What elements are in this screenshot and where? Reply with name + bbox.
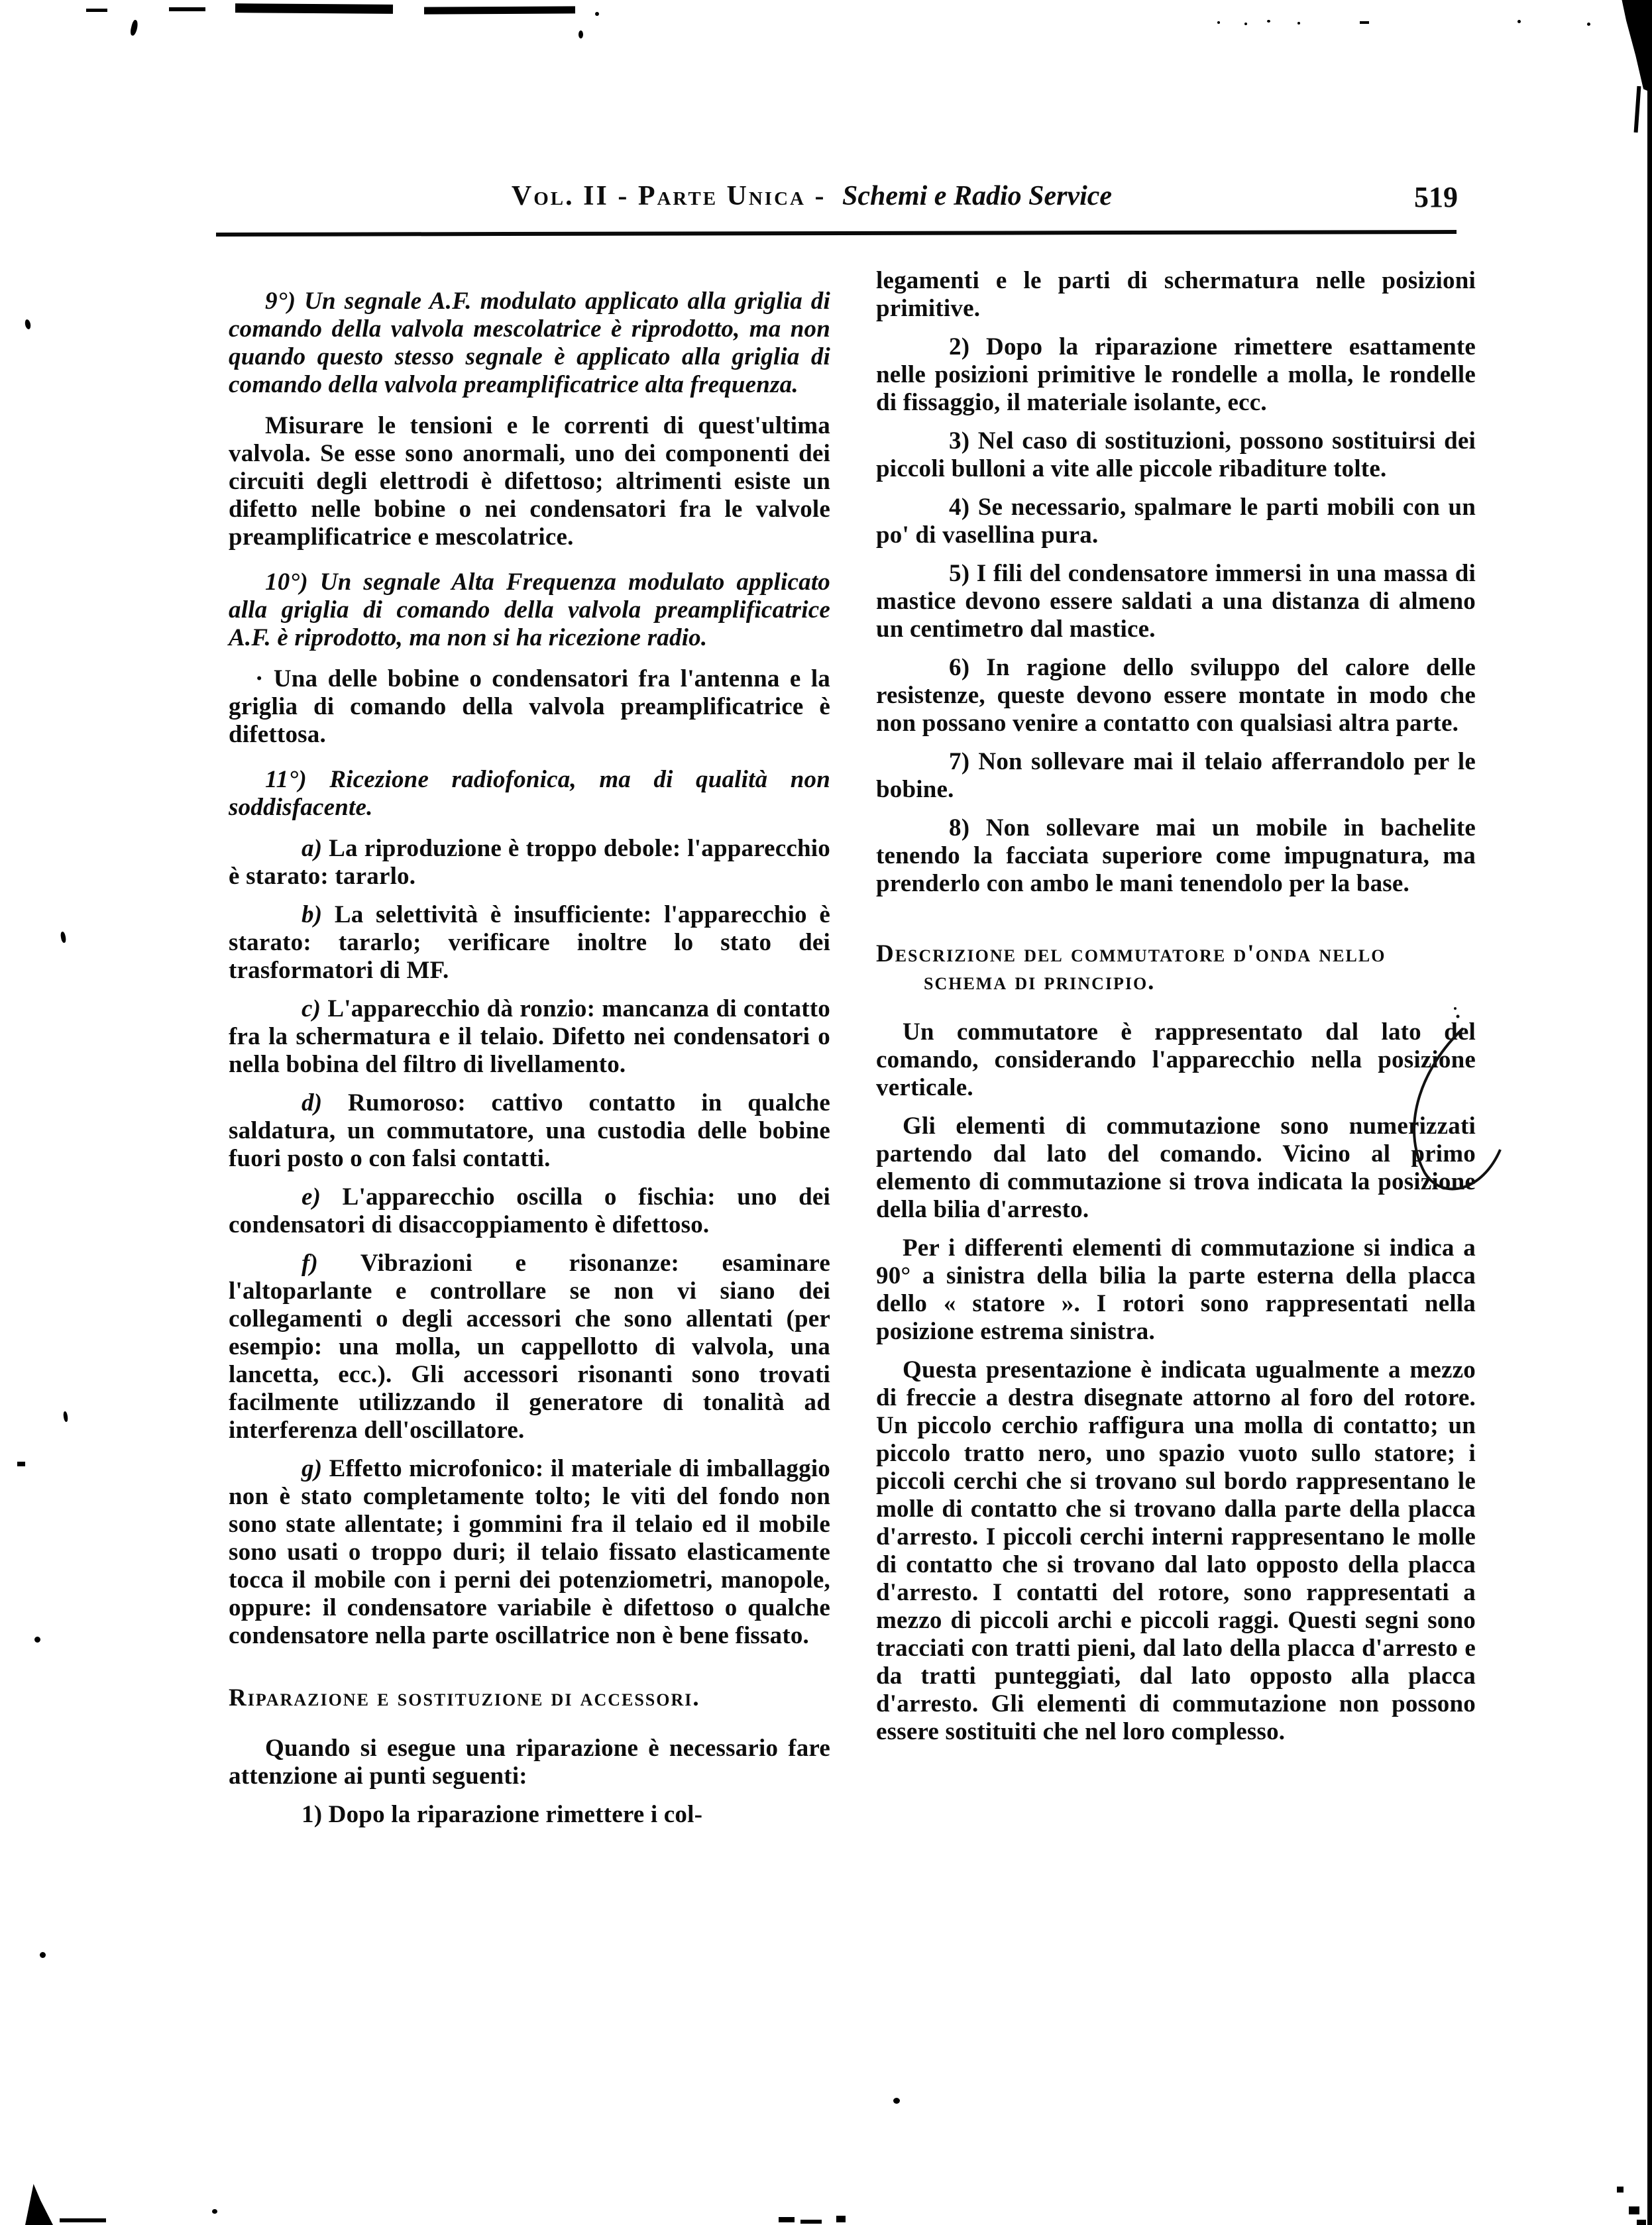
list-item-7: 7) Non sollevare mai il telaio afferrand…: [876, 748, 1476, 804]
scan-speck: [1629, 2206, 1639, 2214]
scan-speck: [17, 1462, 25, 1466]
paragraph-10: 10°) Un segnale Alta Frequenza modulato …: [229, 569, 830, 652]
scan-speck: [1244, 23, 1247, 25]
item-letter: g): [302, 1455, 322, 1482]
paragraph: Misurare le tensioni e le correnti di qu…: [229, 412, 830, 551]
item-letter: f): [302, 1250, 318, 1277]
scan-speck: [1617, 2187, 1624, 2193]
scan-speck: [800, 2220, 822, 2224]
list-item-8: 8) Non sollevare mai un mobile in bachel…: [876, 814, 1476, 898]
header-volume-part: Vol. II - Parte Unica -: [512, 181, 826, 211]
item-letter: c): [302, 995, 321, 1022]
paragraph: Questa presentazione è indicata ugualmen…: [876, 1356, 1476, 1746]
scan-speck: [1217, 21, 1220, 24]
paragraph-9: 9°) Un segnale A.F. modulato applicato a…: [229, 288, 830, 399]
scan-speck: [1360, 21, 1369, 24]
column-left: 9°) Un segnale A.F. modulato applicato a…: [229, 270, 830, 1839]
scan-speck: [60, 2218, 106, 2222]
scan-speck: [836, 2216, 846, 2222]
list-item-b: b) La selettività è insufficiente: l'app…: [229, 901, 830, 985]
list-item-c: c) L'apparecchio dà ronzio: mancanza di …: [229, 995, 830, 1079]
page-number: 519: [1339, 180, 1458, 214]
scan-streak: [235, 3, 393, 14]
scan-speck: [893, 2098, 900, 2104]
scan-corner-wedge: [1609, 0, 1652, 93]
scan-speck: [1634, 86, 1641, 133]
paragraph: · Una delle bobine o condensatori fra l'…: [229, 665, 830, 749]
scan-speck: [779, 2217, 795, 2222]
scan-pen-arc: [1358, 1007, 1643, 1259]
item-letter: b): [302, 901, 322, 928]
scan-speck: [129, 19, 139, 36]
scan-corner-blob: [25, 2184, 53, 2225]
item-letter: d): [302, 1089, 322, 1116]
scan-edge-strip: [1647, 0, 1652, 2225]
scan-speck: [212, 2209, 217, 2214]
list-item-5: 5) I fili del condensatore immersi in un…: [876, 560, 1476, 643]
list-item-1: 1) Dopo la riparazione rimettere i col-: [229, 1801, 830, 1829]
scan-speck: [595, 12, 599, 16]
list-item-g: g) Effetto microfonico: il materiale di …: [229, 1455, 830, 1650]
list-item-4: 4) Se necessario, spalmare le parti mobi…: [876, 494, 1476, 549]
header-divider-rule: [216, 230, 1457, 237]
item-letter: a): [302, 835, 322, 862]
list-item-a: a) La riproduzione è troppo debole: l'ap…: [229, 835, 830, 891]
list-item-e: e) L'apparecchio oscilla o fischia: uno …: [229, 1183, 830, 1239]
scan-speck: [34, 1637, 40, 1643]
scan-speck: [1297, 22, 1300, 25]
scan-streak: [424, 6, 575, 14]
paragraph-11: 11°) Ricezione radiofonica, ma di qualit…: [229, 766, 830, 822]
list-item-2: 2) Dopo la riparazione rimettere esattam…: [876, 333, 1476, 417]
list-item-6: 6) In ragione dello sviluppo del calore …: [876, 654, 1476, 737]
scan-speck: [25, 319, 32, 329]
scan-speck: [1517, 20, 1521, 23]
scan-speck: [1637, 2220, 1646, 2225]
page-header: Vol. II - Parte Unica - Schemi e Radio S…: [219, 180, 1405, 212]
scan-speck: [40, 1952, 46, 1958]
paragraph: Quando si esegue una riparazione è neces…: [229, 1735, 830, 1790]
scan-speck: [63, 1411, 68, 1423]
section-heading-riparazione: Riparazione e sostituzione di accessori.: [229, 1684, 830, 1712]
scan-speck: [1587, 23, 1590, 26]
section-heading-descrizione: Descrizione del commutatore d'onda nello…: [876, 940, 1476, 996]
paragraph-continuation: legamenti e le parti di schermatura nell…: [876, 267, 1476, 323]
scan-speck: [60, 932, 67, 944]
scan-streak: [86, 9, 107, 12]
scan-speck: [1267, 20, 1270, 23]
list-item-f: f) Vibrazioni e risonanze: esaminare l'a…: [229, 1250, 830, 1444]
item-letter: e): [302, 1183, 321, 1211]
list-item-d: d) Rumoroso: cattivo contatto in qualche…: [229, 1089, 830, 1173]
scan-speck: [578, 30, 583, 38]
list-item-3: 3) Nel caso di sostituzioni, possono sos…: [876, 427, 1476, 483]
scanned-book-page: Vol. II - Parte Unica - Schemi e Radio S…: [0, 0, 1652, 2225]
header-title: Schemi e Radio Service: [842, 181, 1112, 211]
scan-streak: [169, 7, 205, 11]
